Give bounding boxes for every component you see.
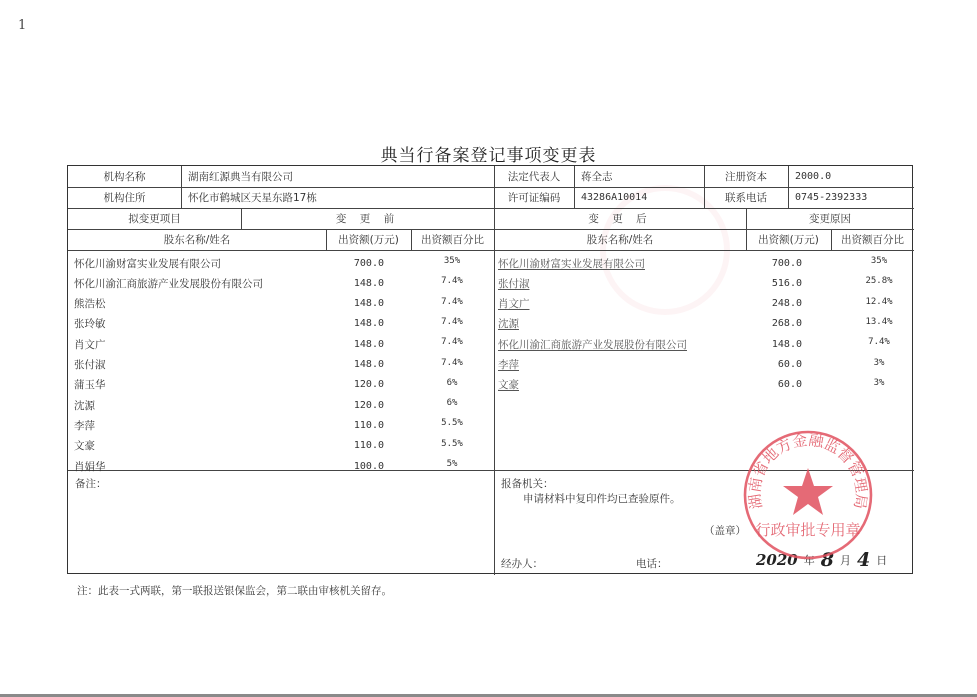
after-name-col-header: 股东名称/姓名 (494, 229, 746, 250)
legal-rep-value: 蒋全志 (574, 166, 704, 187)
capital-amount: 120.0 (324, 376, 384, 394)
capital-percent: 25.8% (849, 272, 909, 290)
license-label: 许可证编码 (494, 187, 574, 208)
capital-percent: 6% (422, 394, 482, 412)
shareholder-name: 怀化川渝财富实业发展有限公司 (74, 254, 221, 272)
table-row: 肖文广248.012.4% (494, 295, 914, 313)
date-month: 8 (821, 549, 834, 571)
shareholder-name: 肖娟华 (74, 457, 106, 475)
document-title: 典当行备案登记事项变更表 (0, 141, 977, 166)
shareholder-name: 怀化川渝汇商旅游产业发展股份有限公司 (74, 274, 263, 292)
capital-percent: 7.4% (422, 272, 482, 290)
table-row: 熊浩松148.07.4% (68, 295, 488, 313)
phone-value: 0745-2392333 (788, 187, 914, 208)
capital-amount: 516.0 (742, 274, 802, 292)
table-row: 张付淑516.025.8% (494, 274, 914, 292)
table-row: 文豪60.03% (494, 376, 914, 394)
table-row: 李萍110.05.5% (68, 416, 488, 434)
capital-percent: 35% (422, 252, 482, 270)
capital-amount: 700.0 (324, 254, 384, 272)
capital-amount: 110.0 (324, 416, 384, 434)
capital-percent: 3% (849, 354, 909, 372)
capital-amount: 248.0 (742, 295, 802, 313)
capital-percent: 7.4% (422, 293, 482, 311)
capital-percent: 5.5% (422, 414, 482, 432)
capital-amount: 60.0 (742, 376, 802, 394)
capital-percent: 7.4% (422, 333, 482, 351)
date-year: 2020 (756, 551, 798, 569)
capital-amount: 120.0 (324, 396, 384, 414)
registration-change-form: 机构名称 湖南红源典当有限公司 法定代表人 蒋全志 注册资本 2000.0 机构… (67, 165, 913, 574)
shareholder-name: 张付淑 (74, 356, 106, 374)
org-address-value: 怀化市鹤城区天星东路17栋 (181, 187, 494, 208)
date-month-suffix: 月 (840, 552, 851, 568)
shareholder-name: 李萍 (498, 356, 519, 374)
capital-amount: 110.0 (324, 437, 384, 455)
shareholder-name: 沈源 (498, 315, 519, 333)
org-address-label: 机构住所 (68, 187, 181, 208)
change-item-header: 拟变更项目 (68, 208, 241, 229)
table-row: 肖娟华100.05% (68, 457, 488, 475)
capital-amount: 268.0 (742, 315, 802, 333)
shareholder-name: 文豪 (498, 376, 519, 394)
seal-label: （盖章） (704, 522, 746, 538)
table-row: 怀化川渝财富实业发展有限公司700.035% (494, 254, 914, 272)
capital-percent: 6% (422, 374, 482, 392)
after-amount-col-header: 出资额(万元) (746, 229, 831, 250)
capital-percent: 13.4% (849, 313, 909, 331)
capital-percent: 12.4% (849, 293, 909, 311)
table-row: 怀化川渝财富实业发展有限公司700.035% (68, 254, 488, 272)
shareholder-name: 张付淑 (498, 274, 530, 292)
capital-percent: 5.5% (422, 435, 482, 453)
page-number: 1 (18, 18, 26, 33)
license-value: 43286A10014 (574, 187, 704, 208)
before-header: 变 更 前 (241, 208, 494, 229)
capital-percent: 35% (849, 252, 909, 270)
shareholder-name: 怀化川渝财富实业发展有限公司 (498, 254, 645, 272)
table-row: 张付淑148.07.4% (68, 356, 488, 374)
capital-percent: 3% (849, 374, 909, 392)
capital-amount: 148.0 (324, 295, 384, 313)
table-row: 沈源268.013.4% (494, 315, 914, 333)
shareholder-name: 熊浩松 (74, 295, 106, 313)
after-header: 变 更 后 (494, 208, 746, 229)
table-row: 肖文广148.07.4% (68, 335, 488, 353)
capital-amount: 148.0 (324, 335, 384, 353)
shareholder-name: 李萍 (74, 416, 95, 434)
shareholder-name: 沈源 (74, 396, 95, 414)
registered-capital-value: 2000.0 (788, 166, 914, 187)
date-year-suffix: 年 (804, 552, 815, 568)
table-row: 文豪110.05.5% (68, 437, 488, 455)
capital-amount: 148.0 (742, 335, 802, 353)
date-day-suffix: 日 (876, 552, 887, 568)
shareholder-name: 张玲敏 (74, 315, 106, 333)
capital-amount: 148.0 (324, 274, 384, 292)
capital-percent: 5% (422, 455, 482, 473)
capital-amount: 148.0 (324, 315, 384, 333)
handler-label: 经办人： (501, 555, 543, 571)
shareholder-name: 怀化川渝汇商旅游产业发展股份有限公司 (498, 335, 687, 353)
before-amount-col-header: 出资额(万元) (326, 229, 411, 250)
filing-authority-label: 报备机关： (501, 475, 554, 491)
shareholder-name: 肖文广 (498, 295, 530, 313)
after-percent-col-header: 出资额百分比 (831, 229, 914, 250)
date-day: 4 (857, 549, 870, 571)
shareholder-name: 文豪 (74, 437, 95, 455)
table-row: 蒲玉华120.06% (68, 376, 488, 394)
capital-percent: 7.4% (422, 354, 482, 372)
org-name-value: 湖南红源典当有限公司 (181, 166, 494, 187)
filing-statement: 申请材料中复印件均已查验原件。 (523, 490, 681, 506)
before-name-col-header: 股东名称/姓名 (68, 229, 326, 250)
remarks-label: 备注： (75, 475, 107, 491)
phone-label: 联系电话 (704, 187, 788, 208)
before-percent-col-header: 出资额百分比 (411, 229, 494, 250)
org-name-label: 机构名称 (68, 166, 181, 187)
shareholder-name: 肖文广 (74, 335, 106, 353)
footnote: 注：此表一式两联，第一联报送银保监会，第二联由审核机关留存。 (77, 583, 392, 598)
legal-rep-label: 法定代表人 (494, 166, 574, 187)
approval-date: 2020 年 8 月 4 日 (756, 549, 887, 571)
table-row: 沈源120.06% (68, 396, 488, 414)
capital-percent: 7.4% (422, 313, 482, 331)
table-row: 李萍60.03% (494, 356, 914, 374)
reason-header: 变更原因 (746, 208, 914, 229)
table-row: 张玲敏148.07.4% (68, 315, 488, 333)
handler-phone-label: 电话： (636, 555, 668, 571)
capital-amount: 60.0 (742, 356, 802, 374)
capital-percent: 7.4% (849, 333, 909, 351)
capital-amount: 700.0 (742, 254, 802, 272)
registered-capital-label: 注册资本 (704, 166, 788, 187)
shareholder-name: 蒲玉华 (74, 376, 106, 394)
capital-amount: 100.0 (324, 457, 384, 475)
capital-amount: 148.0 (324, 356, 384, 374)
table-row: 怀化川渝汇商旅游产业发展股份有限公司148.07.4% (68, 274, 488, 292)
table-row: 怀化川渝汇商旅游产业发展股份有限公司148.07.4% (494, 335, 914, 353)
